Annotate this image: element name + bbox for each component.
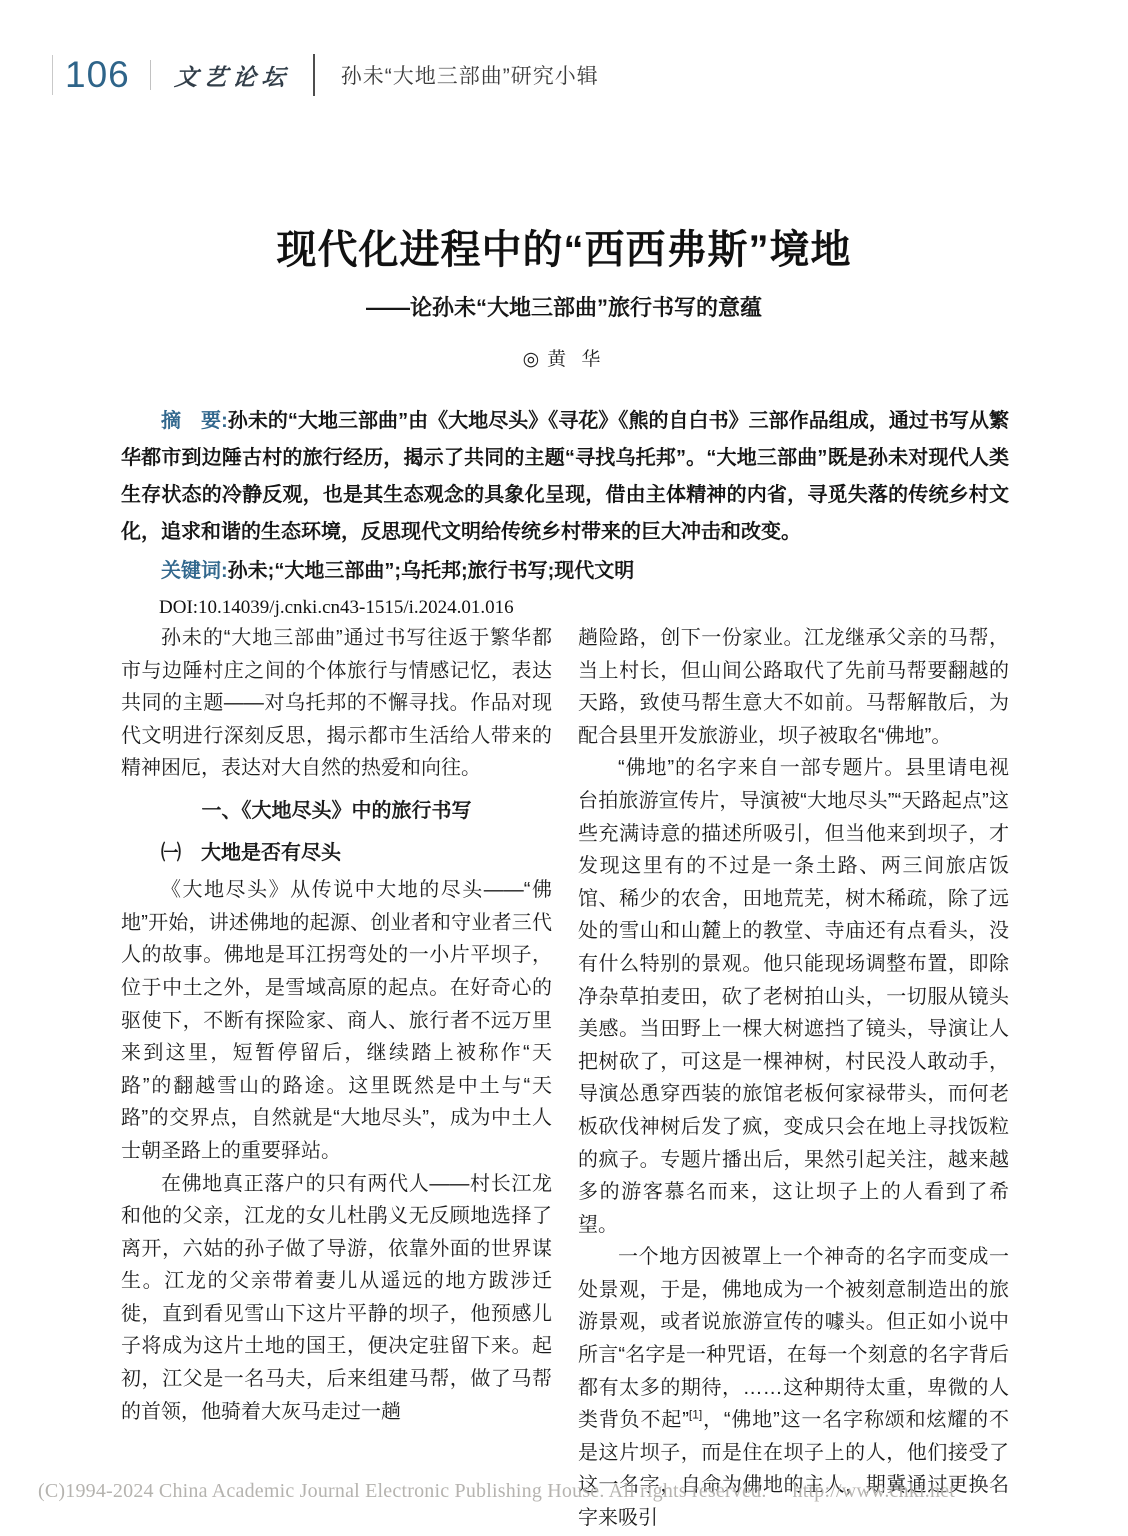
doi-line: DOI:10.14039/j.cnki.cn43-1515/i.2024.01.…	[121, 593, 1009, 623]
article-subtitle: ——论孙未“大地三部曲”旅行书写的意蕴	[0, 291, 1128, 322]
abstract-label: 摘 要:	[161, 410, 228, 432]
section-heading: 一、《大地尽头》中的旅行书写	[121, 795, 552, 828]
header-divider-dark	[313, 54, 315, 96]
page-footer: (C)1994-2024 China Academic Journal Elec…	[38, 1480, 1098, 1503]
article-title: 现代化进程中的“西西弗斯”境地	[0, 218, 1128, 275]
journal-logo: 文艺论坛	[173, 59, 292, 92]
abstract-paragraph: 摘 要:孙未的“大地三部曲”由《大地尽头》《寻花》《熊的自白书》三部作品组成，通…	[121, 403, 1009, 551]
paragraph-text: 一个地方因被罩上一个神奇的名字而变成一处景观，于是，佛地成为一个被刻意制造出的旅…	[578, 1246, 1009, 1431]
author-mark: ◎	[523, 349, 540, 370]
page-number: 106	[53, 55, 150, 95]
body-paragraph: 在佛地真正落户的只有两代人——村长江龙和他的父亲，江龙的女儿杜鹃义无反顾地选择了…	[121, 1168, 552, 1429]
page-header: 106 文艺论坛 孙未“大地三部曲”研究小辑	[52, 54, 599, 96]
article-body: 孙未的“大地三部曲”通过书写往返于繁华都市与边陲村庄之间的个体旅行与情感记忆，表…	[121, 622, 1009, 1535]
keywords-text: 孙未;“大地三部曲”;乌托邦;旅行书写;现代文明	[228, 560, 635, 582]
body-paragraph-continuation: 趟险路，创下一份家业。江龙继承父亲的马帮，当上村长，但山间公路取代了先前马帮要翻…	[578, 622, 1009, 752]
title-block: 现代化进程中的“西西弗斯”境地 ——论孙未“大地三部曲”旅行书写的意蕴 ◎黄 华	[0, 218, 1128, 371]
header-divider	[150, 60, 151, 90]
footnote-reference: [1]	[689, 1408, 702, 1422]
issue-title: 孙未“大地三部曲”研究小辑	[341, 60, 599, 90]
body-paragraph: 《大地尽头》从传说中大地的尽头——“佛地”开始，讲述佛地的起源、创业者和守业者三…	[121, 874, 552, 1167]
author-name: 黄 华	[547, 349, 605, 370]
author-line: ◎黄 华	[0, 344, 1128, 371]
abstract-text: 孙未的“大地三部曲”由《大地尽头》《寻花》《熊的自白书》三部作品组成，通过书写从…	[121, 410, 1009, 543]
copyright-text: (C)1994-2024 China Academic Journal Elec…	[38, 1480, 767, 1502]
right-column: 趟险路，创下一份家业。江龙继承父亲的马帮，当上村长，但山间公路取代了先前马帮要翻…	[578, 622, 1009, 1535]
cnki-url: http://www.cnki.net	[793, 1480, 955, 1502]
keywords-paragraph: 关键词:孙未;“大地三部曲”;乌托邦;旅行书写;现代文明	[121, 554, 1009, 588]
body-paragraph: 孙未的“大地三部曲”通过书写往返于繁华都市与边陲村庄之间的个体旅行与情感记忆，表…	[121, 622, 552, 785]
body-paragraph: “佛地”的名字来自一部专题片。县里请电视台拍旅游宣传片，导演被“大地尽头”“天路…	[578, 752, 1009, 1241]
left-column: 孙未的“大地三部曲”通过书写往返于繁华都市与边陲村庄之间的个体旅行与情感记忆，表…	[121, 622, 552, 1535]
sub-heading: ㈠ 大地是否有尽头	[121, 837, 552, 870]
keywords-label: 关键词:	[161, 560, 228, 582]
abstract-block: 摘 要:孙未的“大地三部曲”由《大地尽头》《寻花》《熊的自白书》三部作品组成，通…	[121, 403, 1009, 623]
